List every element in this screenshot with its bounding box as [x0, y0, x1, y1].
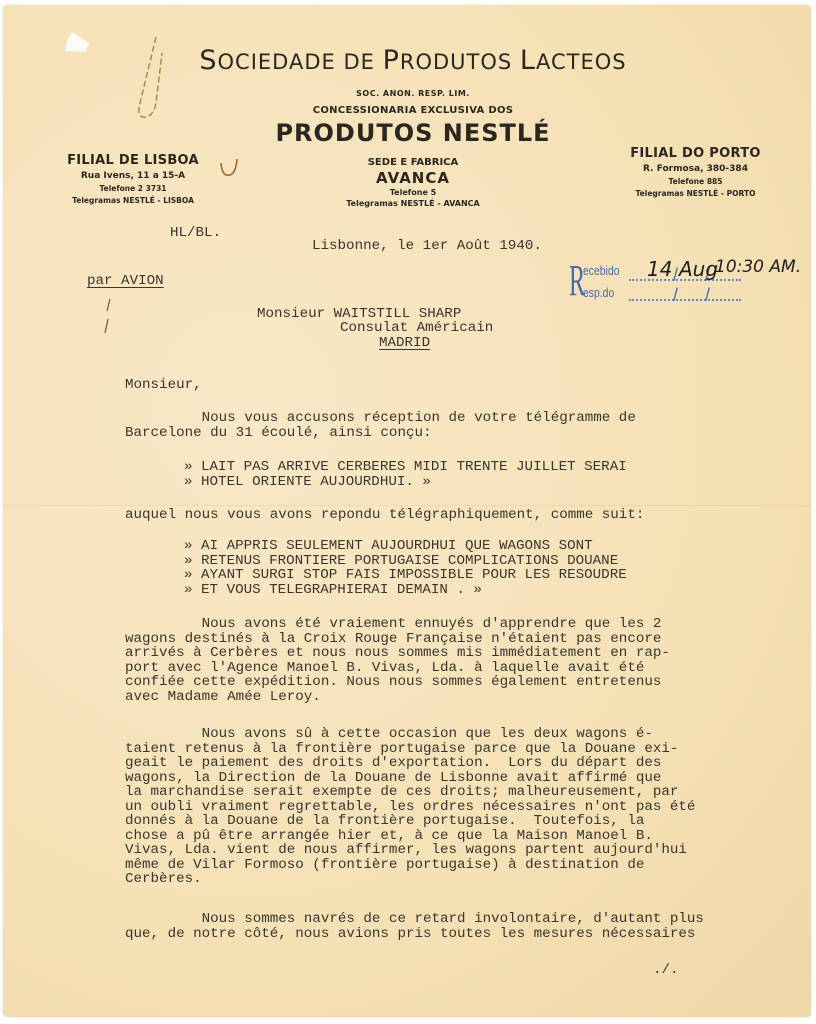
hq-city: AVANCA [313, 169, 513, 187]
paragraph-2: auquel nous vous avons repondu télégraph… [125, 508, 644, 523]
hq-label: SEDE E FABRICA [313, 157, 513, 168]
paragraph-4: Nous avons sû à cette occasion que les d… [125, 727, 695, 887]
punch-hole [65, 32, 89, 52]
hq-telegrams: Telegramas NESTLÉ - AVANCA [293, 199, 533, 208]
company-name: SOCIEDADE DE PRODUTOS LACTEOS [153, 45, 673, 76]
stamp-received-label: ecebido [583, 263, 619, 278]
branch-phone: Telefone 2 3731 [48, 184, 218, 193]
pen-check-mark [218, 155, 242, 183]
stamp-responded-label: esp.do [583, 285, 614, 300]
telegram-sent: » AI APPRIS SEULEMENT AUJOURDHUI QUE WAG… [184, 539, 627, 597]
handwritten-time: 10:30 AM. [715, 257, 801, 277]
recipient-office: Consulat Américain [340, 321, 493, 336]
brand-name: PRODUTOS NESTLÉ [213, 119, 613, 147]
continuation-mark: ./. [653, 963, 679, 978]
branch-phone: Telefone 885 [608, 177, 783, 186]
received-stamp: R ecebido esp.do / / / / 14 Aug 10:30 AM… [569, 257, 809, 317]
branch-porto: FILIAL DO PORTO R. Formosa, 380-384 Tele… [608, 146, 783, 198]
concession-line: CONCESSIONARIA EXCLUSIVA DOS [253, 105, 573, 116]
branch-address: R. Formosa, 380-384 [608, 164, 783, 174]
salutation: Monsieur, [125, 378, 202, 393]
reference-initials: HL/BL. [170, 226, 221, 241]
branch-name: FILIAL DO PORTO [608, 146, 783, 161]
paragraph-5: Nous sommes navrés de ce retard involont… [125, 912, 704, 941]
branch-lisboa: FILIAL DE LISBOA Rua Ivens, 11 a 15-A Te… [48, 153, 218, 205]
branch-address: Rua Ivens, 11 a 15-A [48, 171, 218, 181]
pencil-mark [101, 297, 115, 337]
handwritten-day: 14 [647, 257, 672, 281]
delivery-method: par AVION [87, 274, 164, 289]
recipient-city: MADRID [379, 336, 430, 351]
letter-page: SOCIEDADE DE PRODUTOS LACTEOS SOC. ANON.… [3, 5, 811, 1017]
place-date: Lisbonne, le 1er Août 1940. [312, 239, 542, 254]
legal-form: SOC. ANON. RESP. LIM. [253, 89, 573, 98]
telegram-received: » LAIT PAS ARRIVE CERBERES MIDI TRENTE J… [184, 460, 627, 489]
paragraph-3: Nous avons été vraiement ennuyés d'appre… [125, 617, 670, 704]
hq-phone: Telefone 5 [313, 188, 513, 197]
handwritten-month: Aug [679, 257, 718, 281]
branch-telegrams: Telegramas NESTLÉ - LISBOA [48, 196, 218, 205]
branch-telegrams: Telegramas NESTLÉ - PORTO [608, 189, 783, 198]
paragraph-1: Nous vous accusons réception de votre té… [125, 411, 636, 440]
fold-line [3, 505, 811, 506]
branch-name: FILIAL DE LISBOA [48, 153, 218, 168]
